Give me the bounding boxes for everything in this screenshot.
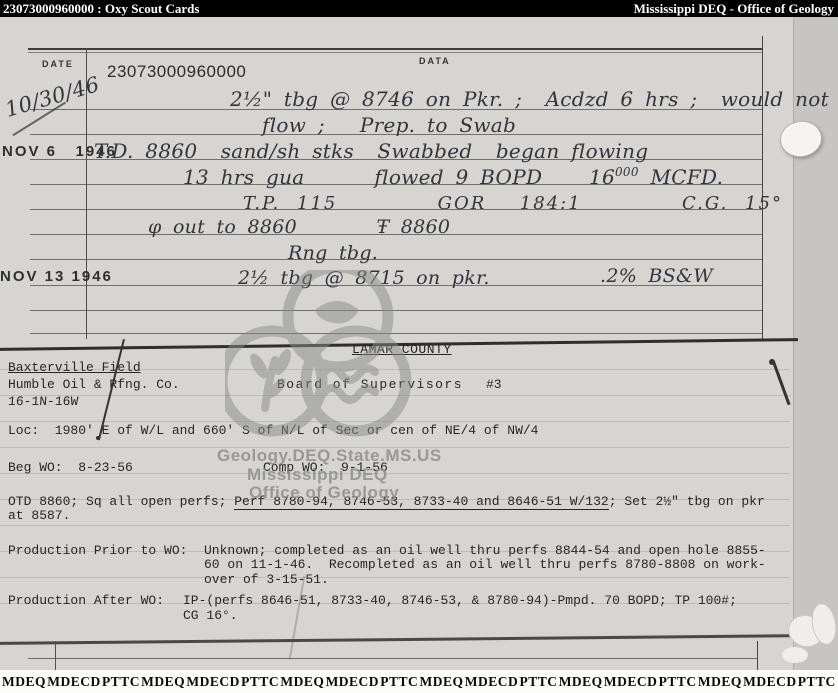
entry-line: φ out to 8860 Ŧ 8860	[148, 216, 450, 238]
production-prior-line-3: over of 3-15-51.	[204, 573, 329, 587]
entry-line: .2% BS&W	[600, 265, 713, 287]
date-column-header: DATE	[42, 59, 74, 69]
footer-item: MDECD	[465, 674, 519, 690]
scan-background-strip	[793, 17, 838, 670]
footer-item: MDECD	[186, 674, 240, 690]
watermark-agency: Mississippi DEQ	[247, 465, 388, 485]
entry-date-stamp: NOV 13 1946	[0, 268, 113, 285]
scout-card-viewer: 23073000960000 : Oxy Scout Cards Mississ…	[0, 0, 838, 693]
footer-item: MDECD	[47, 674, 101, 690]
footer-item: PTTC	[519, 674, 557, 690]
field-name: Baxterville Field	[8, 361, 141, 375]
entry-line: 13 hrs gua flowed 9 BOPD 16000 MCFD.	[183, 165, 723, 189]
entry-line: T.D. 8860 sand/sh stks Swabbed began flo…	[94, 139, 648, 163]
footer-item: MDECD	[743, 674, 797, 690]
production-prior-line-2: 60 on 11-1-46. Recompleted as an oil wel…	[204, 558, 766, 572]
entry-line: T.P. 115 GOR 184:1 C.G. 15°	[243, 193, 783, 214]
footer-item: MDEQ	[141, 674, 185, 690]
footer-item: PTTC	[380, 674, 418, 690]
straight-pin-right	[772, 361, 790, 405]
footer-item: MDECD	[604, 674, 658, 690]
production-prior-line-1: Unknown; completed as an oil well thru p…	[204, 544, 766, 558]
title-bar: 23073000960000 : Oxy Scout Cards Mississ…	[0, 0, 838, 17]
deq-logo-watermark	[225, 270, 430, 442]
production-after-line-1: IP-(perfs 8646-51, 8733-40, 8746-53, & 8…	[183, 594, 737, 608]
watermark-office: Office of Geology	[249, 483, 399, 503]
well-number: 23073000960000	[107, 62, 246, 82]
otd-line-2: at 8587.	[8, 509, 70, 523]
beg-wo: Beg WO: 8-23-56	[8, 461, 133, 475]
footer-item: MDEQ	[280, 674, 324, 690]
plant-stem-icon	[265, 360, 275, 408]
entry-text: 13 hrs gua flowed 9 BOPD 16	[183, 165, 615, 189]
well-no: #3	[486, 378, 502, 392]
paper-crease	[289, 576, 305, 660]
footer-item: MDEQ	[698, 674, 742, 690]
header-double-line	[28, 48, 763, 50]
entry-line: flow ; Prep. to Swab	[262, 113, 516, 137]
footer-watermark-bar: MDEQ MDECD PTTC MDEQ MDECD PTTC MDEQ MDE…	[0, 670, 838, 693]
otd-pre: OTD 8860; Sq all open perfs;	[8, 494, 234, 509]
faint-ruled-line	[0, 577, 790, 578]
title-bar-left: 23073000960000 : Oxy Scout Cards	[3, 0, 199, 17]
footer-item: MDEQ	[420, 674, 464, 690]
entry-line: Rng tbg.	[288, 242, 378, 264]
pin-point-left	[96, 436, 100, 440]
ruled-line	[28, 658, 758, 659]
card-right-border	[762, 36, 763, 339]
entry-date-handwritten: 10/30/46	[3, 72, 103, 122]
entry-line: 2½" tbg @ 8746 on Pkr. ; Acdzd 6 hrs ; w…	[230, 87, 829, 111]
pin-head-right	[769, 359, 775, 365]
watermark-url: Geology.DEQ.State.MS.US	[217, 446, 442, 466]
production-prior-label: Production Prior to WO:	[8, 544, 187, 558]
production-after-label: Production After WO:	[8, 594, 164, 608]
footer-item: MDECD	[326, 674, 380, 690]
lower-card-edge	[0, 634, 808, 644]
data-column-header: DATA	[419, 56, 451, 66]
title-bar-right: Mississippi DEQ - Office of Geology	[634, 0, 834, 17]
otd-post: ; Set 2½" tbg on pkr	[609, 494, 765, 509]
superscript-000: 000	[615, 165, 639, 179]
production-after-line-2: CG 16°.	[183, 609, 238, 623]
footer-item: MDEQ	[2, 674, 46, 690]
footer-item: PTTC	[241, 674, 279, 690]
section-township-range: 16-1N-16W	[8, 395, 79, 409]
wave-icon	[323, 388, 375, 400]
entry-text: MCFD.	[639, 165, 724, 189]
footer-item: MDEQ	[559, 674, 603, 690]
paper-tear	[782, 647, 808, 663]
faint-ruled-line	[0, 525, 790, 526]
footer-item: PTTC	[659, 674, 697, 690]
ruled-line	[30, 259, 762, 260]
footer-item: PTTC	[102, 674, 140, 690]
fish-icon	[315, 301, 359, 324]
header-double-line-2	[28, 52, 763, 53]
scanned-card: DATE DATA 23073000960000 10/30/46 2½" tb…	[0, 17, 838, 670]
footer-item: PTTC	[798, 674, 836, 690]
operator-name: Humble Oil & Rfng. Co.	[8, 378, 180, 392]
